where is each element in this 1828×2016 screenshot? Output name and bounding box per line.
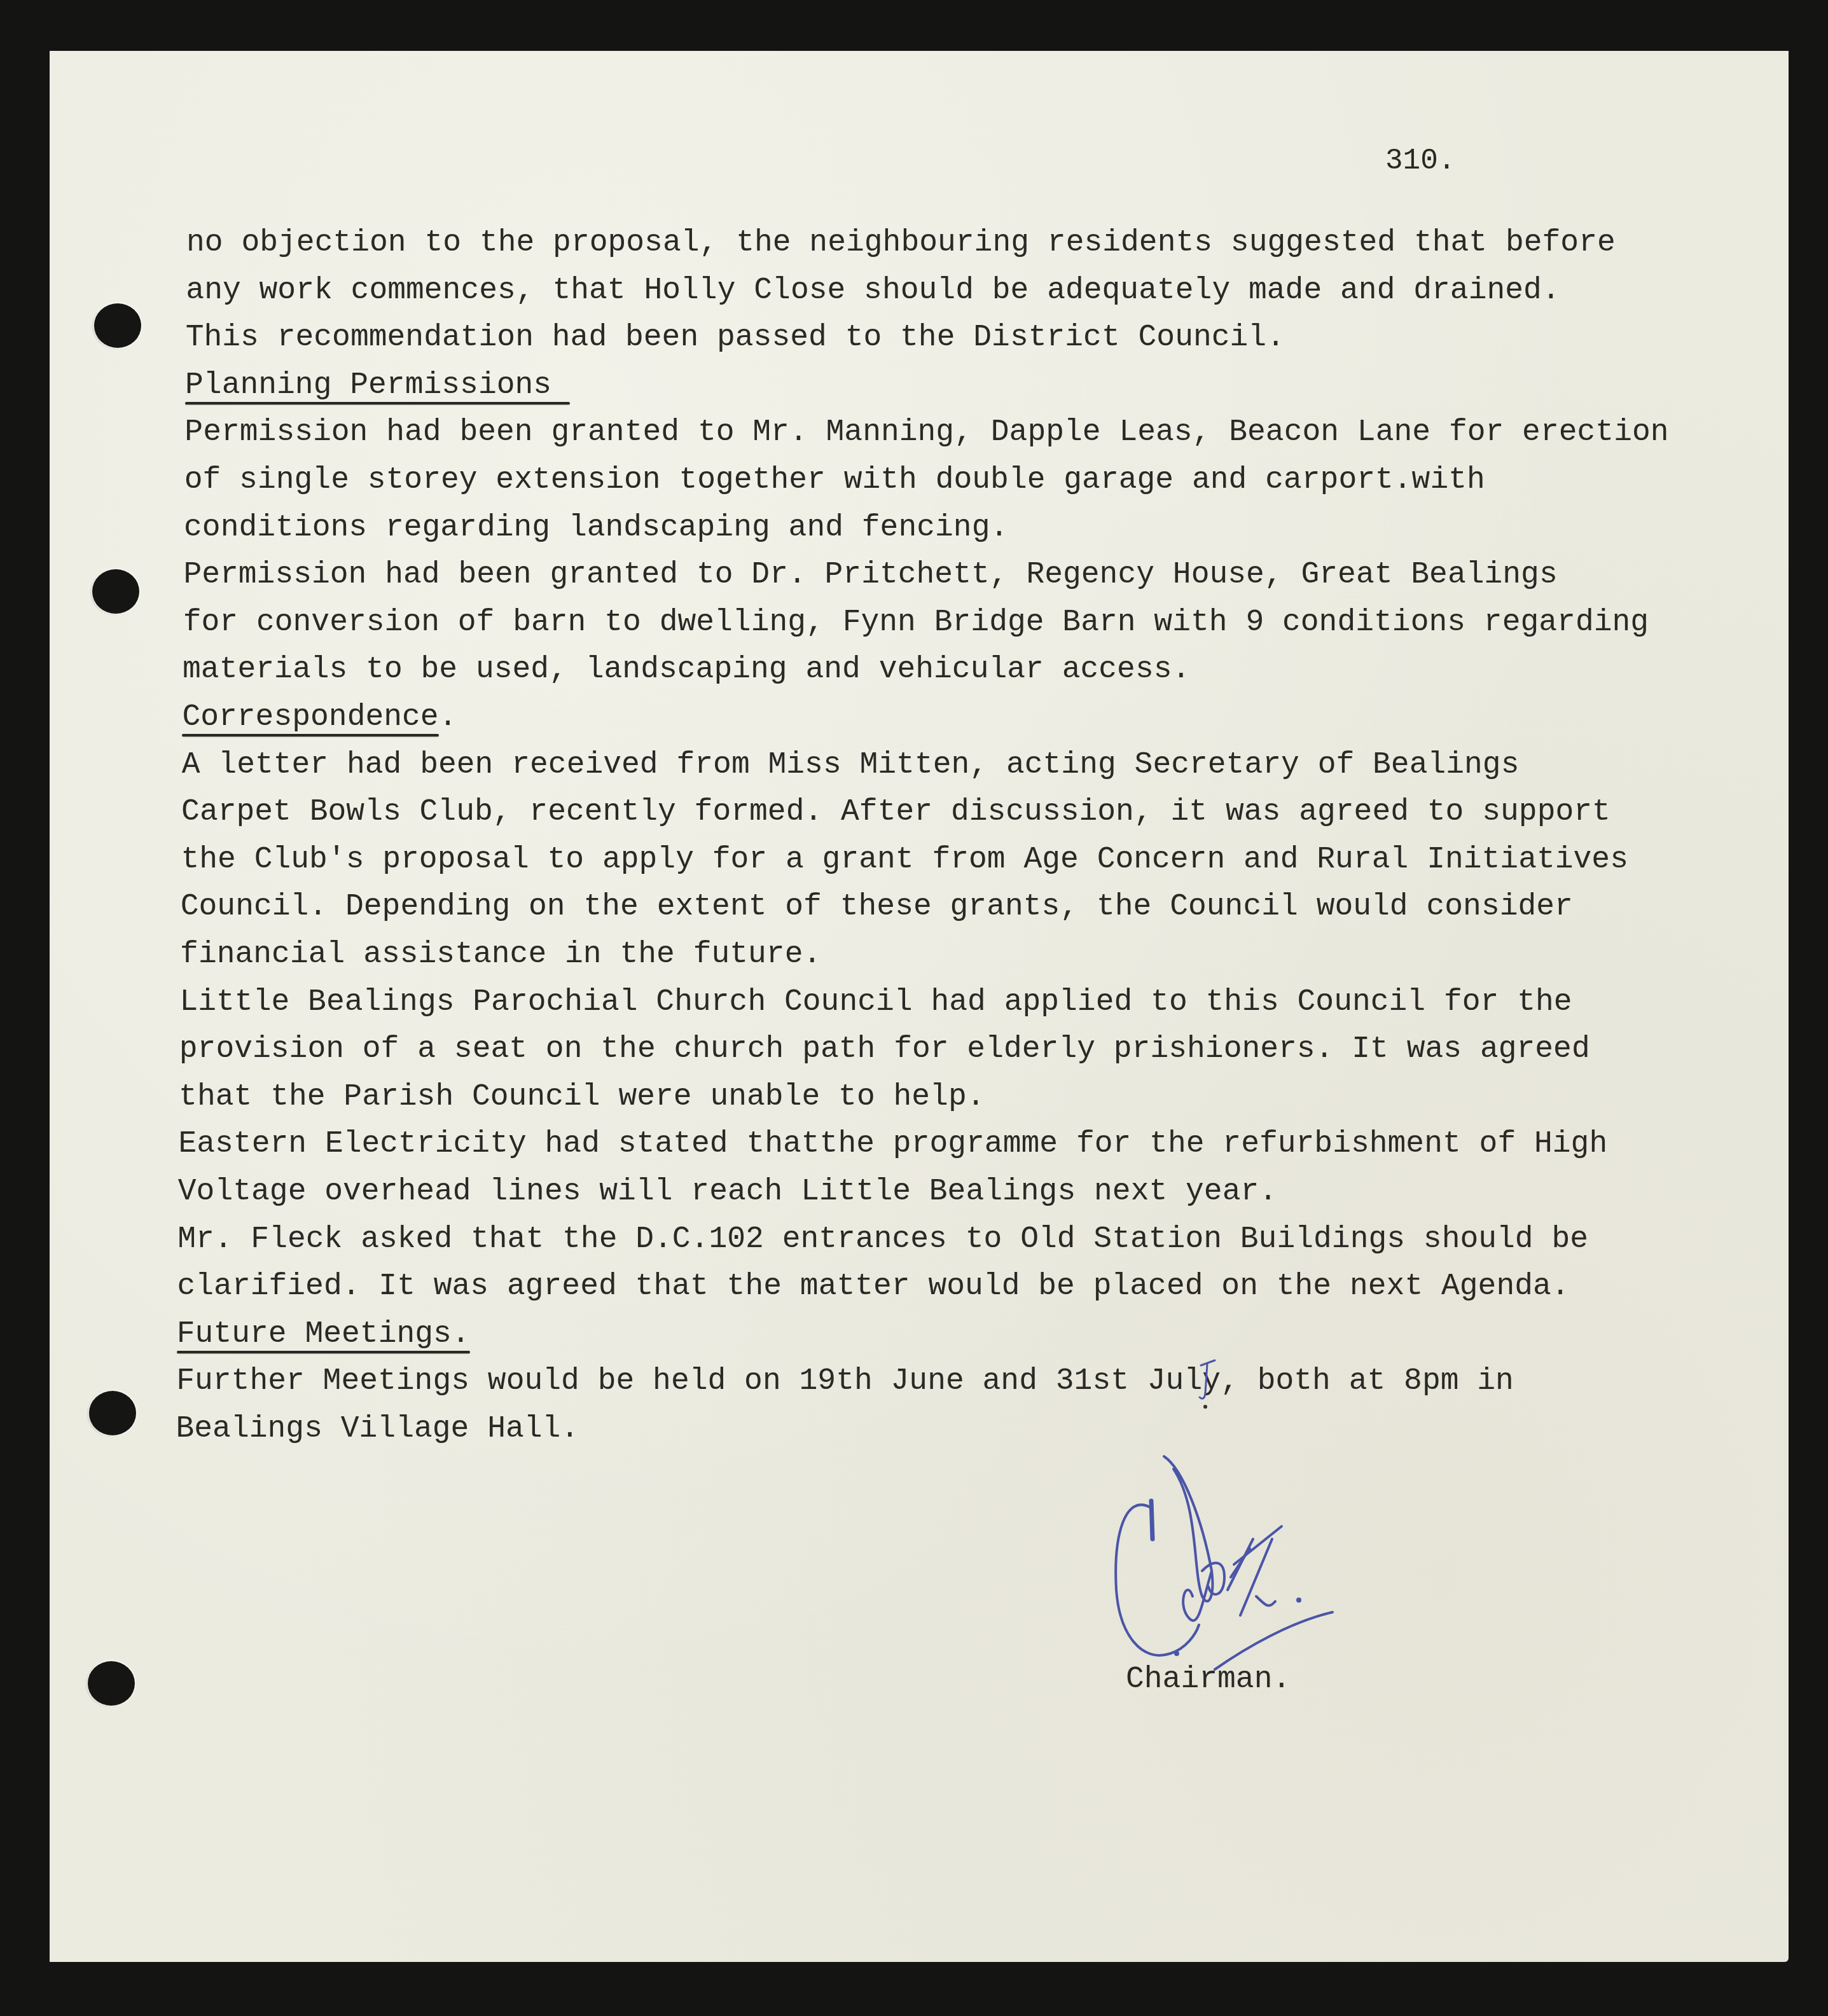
body-line: provision of a seat on the church path f… [179, 1034, 1590, 1065]
heading-underline [182, 734, 438, 736]
body-line: for conversion of barn to dwelling, Fynn… [183, 607, 1649, 638]
body-line: materials to be used, landscaping and ve… [183, 654, 1190, 685]
body-line: Further Meetings would be held on 19th J… [176, 1366, 1514, 1397]
handwritten-correction-mark [1196, 1358, 1221, 1415]
body-line: This recommendation had been passed to t… [186, 322, 1285, 353]
body-line: no objection to the proposal, the neighb… [186, 228, 1616, 258]
body-line: financial assistance in the future. [180, 939, 821, 970]
body-line: Permission had been granted to Mr. Manni… [184, 417, 1668, 448]
body-line: clarified. It was agreed that the matter… [177, 1271, 1569, 1302]
section-heading: Future Meetings. [177, 1319, 470, 1350]
chairman-signature [1081, 1444, 1336, 1685]
body-line: Eastern Electricity had stated thatthe p… [178, 1129, 1607, 1159]
body-line: the Club's proposal to apply for a grant… [181, 845, 1628, 875]
body-line: conditions regarding landscaping and fen… [184, 513, 1008, 543]
body-line: Permission had been granted to Dr. Pritc… [183, 560, 1557, 590]
section-heading: Planning Permissions [185, 370, 551, 401]
punch-hole [94, 303, 141, 348]
body-line: Carpet Bowls Club, recently formed. Afte… [181, 797, 1610, 827]
page-number: 310. [1385, 146, 1455, 176]
section-heading: Correspondence. [182, 702, 457, 733]
body-line: Mr. Fleck asked that the D.C.102 entranc… [177, 1224, 1588, 1255]
signatory-title: Chairman. [1126, 1664, 1291, 1695]
body-line: any work commences, that Holly Close sho… [186, 275, 1560, 306]
body-line: Voltage overhead lines will reach Little… [178, 1177, 1277, 1207]
heading-underline [185, 402, 570, 404]
heading-underline [177, 1351, 470, 1353]
body-line: Bealings Village Hall. [176, 1414, 579, 1444]
punch-hole [92, 569, 139, 614]
body-line: A letter had been received from Miss Mit… [182, 750, 1520, 780]
body-line: Council. Depending on the extent of thes… [181, 892, 1573, 922]
body-line: Little Bealings Parochial Church Council… [179, 987, 1572, 1018]
punch-hole [89, 1391, 136, 1435]
punch-hole [88, 1661, 135, 1706]
body-line: of single storey extension together with… [184, 465, 1485, 495]
body-line: that the Parish Council were unable to h… [179, 1082, 985, 1112]
